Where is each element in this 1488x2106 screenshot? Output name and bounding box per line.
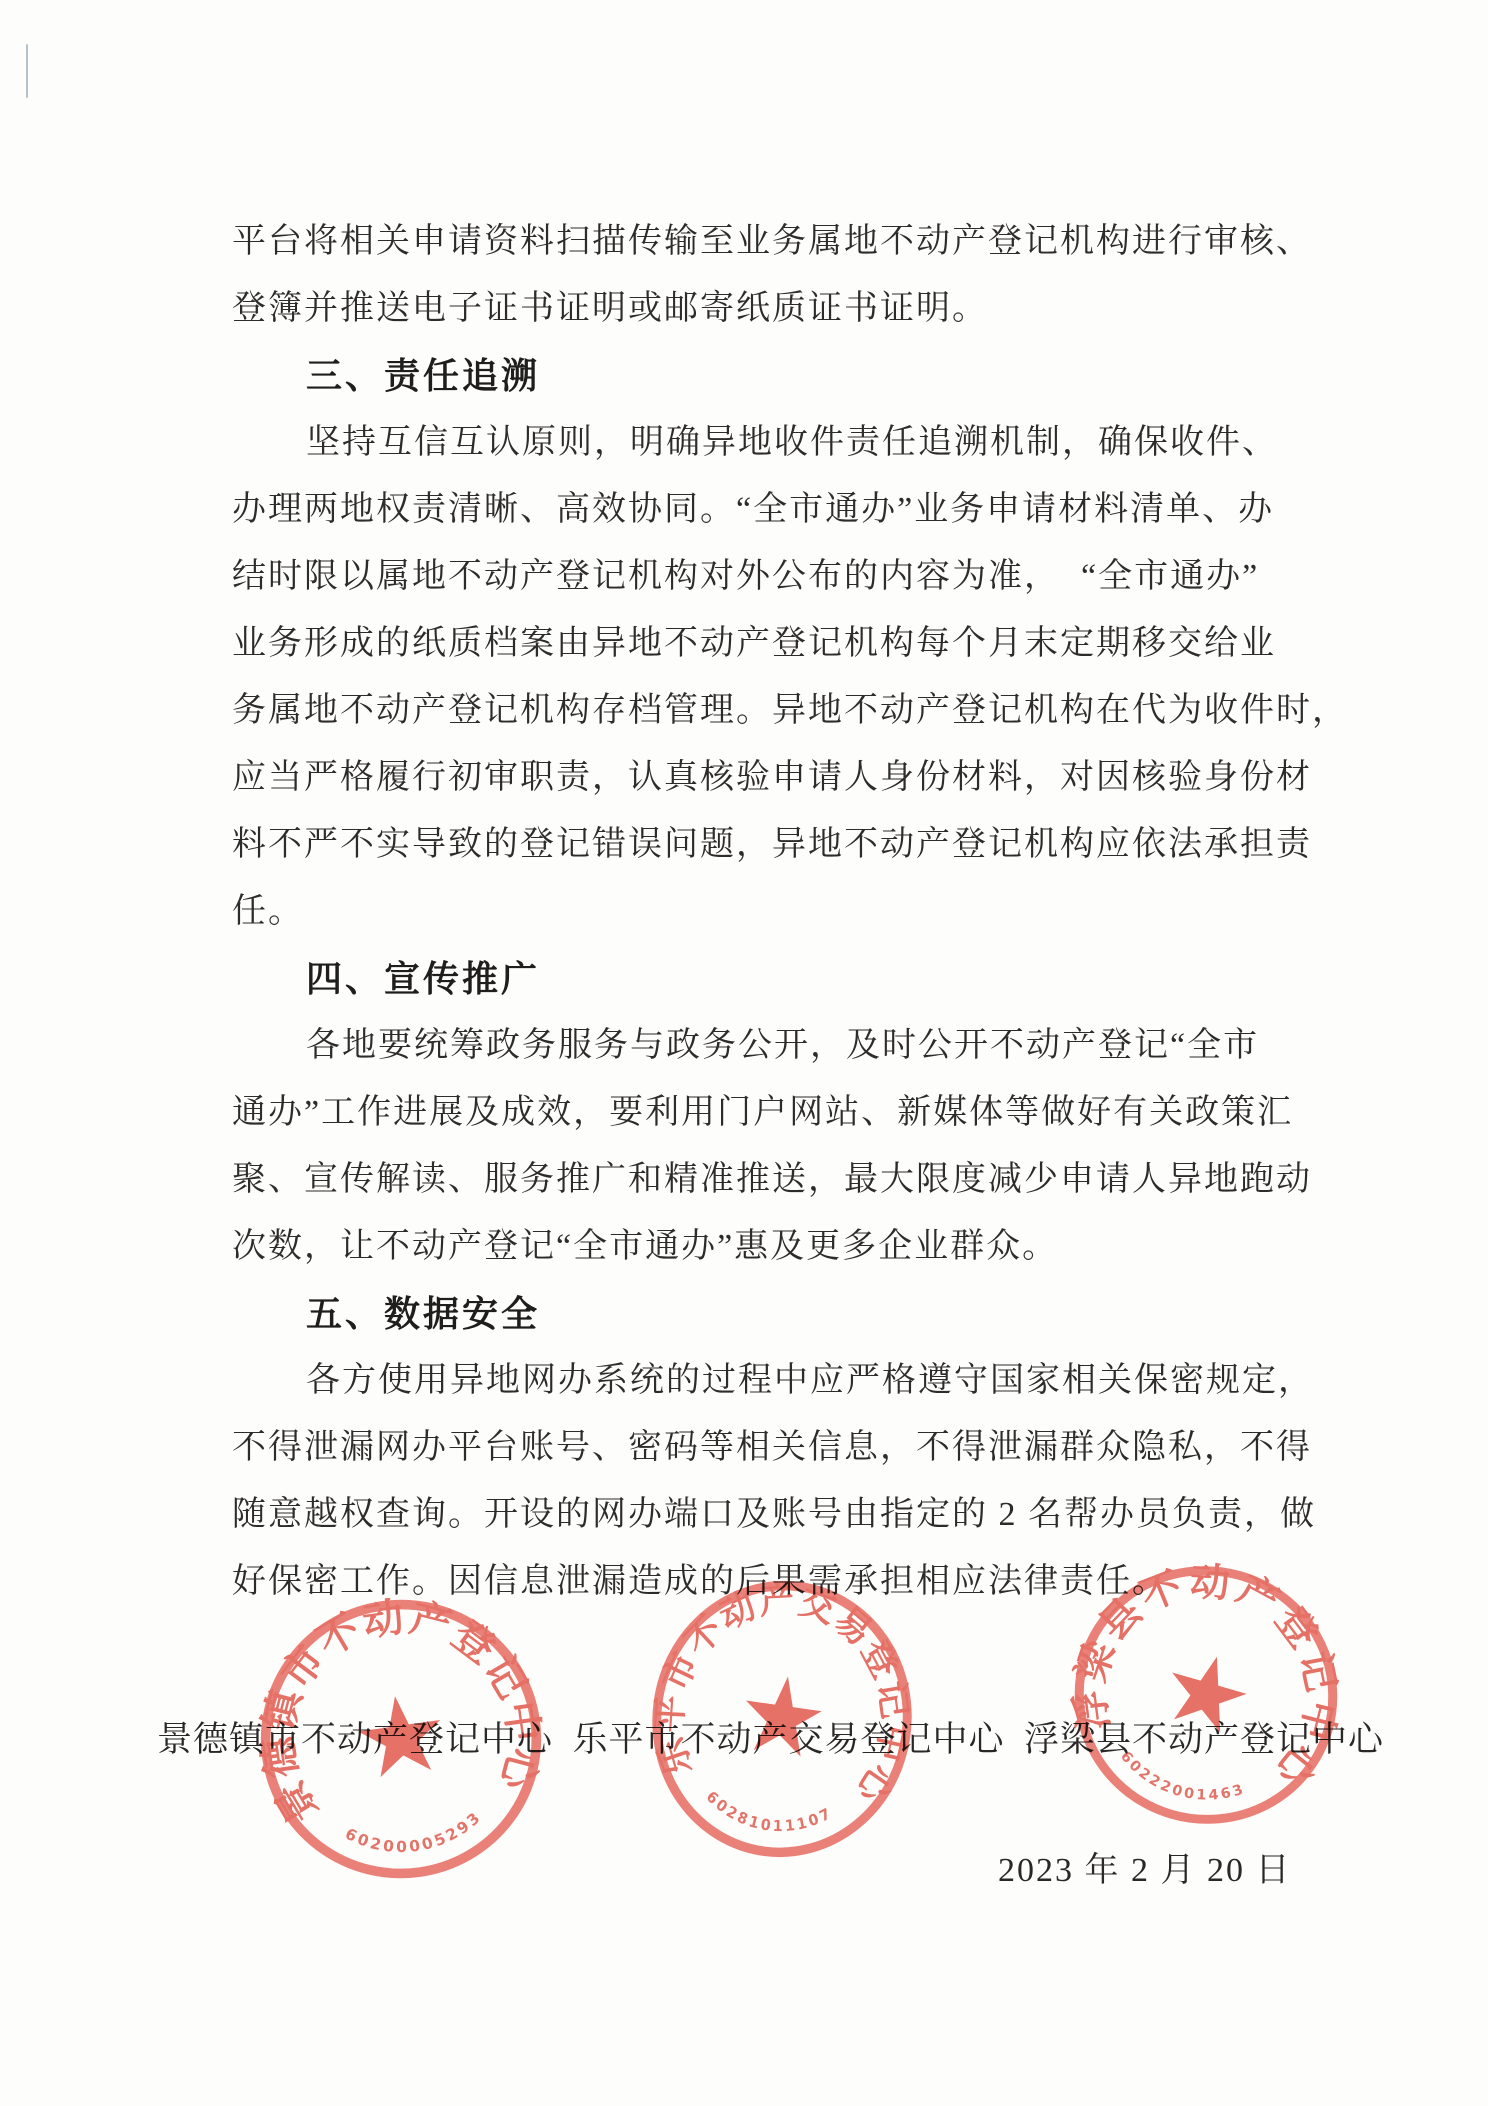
doc-line: 坚持互信互认原则，明确异地收件责任追溯机制，确保收件、 — [306, 423, 1278, 463]
doc-line: 随意越权查询。开设的网办端口及账号由指定的 2 名帮办员负责，做 — [232, 1495, 1316, 1535]
seal-star-icon — [354, 1690, 447, 1779]
doc-line: 务属地不动产登记机构存档管理。异地不动产登记机构在代为收件时， — [232, 691, 1348, 731]
official-seal-jingdezhen: 景德镇市不动产登记中心 3602000052930 — [237, 1576, 564, 1902]
doc-line: 任。 — [232, 892, 304, 932]
doc-line: 应当严格履行初审职责，认真核验申请人身份材料，对因核验身份材 — [232, 758, 1312, 798]
doc-line: 不得泄漏网办平台账号、密码等相关信息，不得泄漏群众隐私，不得 — [232, 1428, 1312, 1468]
document-date: 2023 年 2 月 20 日 — [998, 1842, 1292, 1891]
doc-line: 次数，让不动产登记“全市通办”惠及更多企业群众。 — [232, 1227, 1058, 1267]
doc-line: 登簿并推送电子证书证明或邮寄纸质证书证明。 — [232, 289, 988, 329]
doc-line: 业务形成的纸质档案由异地不动产登记机构每个月末定期移交给业 — [232, 624, 1276, 664]
doc-line: 结时限以属地不动产登记机构对外公布的内容为准， “全市通办” — [232, 557, 1259, 597]
doc-line: 各地要统筹政务服务与政务公开，及时公开不动产登记“全市 — [306, 1026, 1259, 1066]
scanned-document-page: 平台将相关申请资料扫描传输至业务属地不动产登记机构进行审核、 登簿并推送电子证书… — [0, 0, 1488, 2106]
doc-line: 办理两地权责清晰、高效协同。“全市通办”业务申请材料清单、办 — [232, 490, 1274, 530]
official-seal-leping: 乐平市不动产交易登记中心 3602810111073 — [629, 1559, 934, 1880]
doc-line: 料不严不实导致的登记错误问题，异地不动产登记机构应依法承担责 — [232, 825, 1312, 865]
section-heading: 五、数据安全 — [306, 1294, 540, 1334]
section-heading: 三、责任追溯 — [306, 356, 540, 396]
scan-artifact-line — [26, 44, 28, 98]
doc-line: 通办”工作进展及成效，要利用门户网站、新媒体等做好有关政策汇 — [232, 1093, 1293, 1133]
doc-line: 各方使用异地网办系统的过程中应严格遵守国家相关保密规定， — [306, 1361, 1314, 1401]
seal-star-icon — [1160, 1646, 1254, 1737]
doc-line: 聚、宣传解读、服务推广和精准推送，最大限度减少申请人异地跑动 — [232, 1160, 1312, 1200]
seal-star-icon — [739, 1671, 826, 1758]
section-heading: 四、宣传推广 — [306, 959, 540, 999]
doc-line: 平台将相关申请资料扫描传输至业务属地不动产登记机构进行审核、 — [232, 222, 1312, 262]
